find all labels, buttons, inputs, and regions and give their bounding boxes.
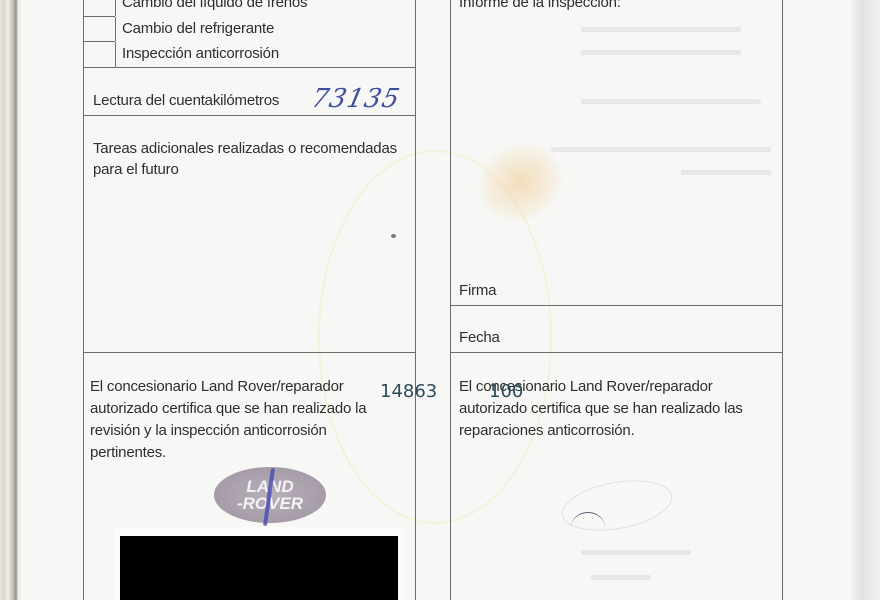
- signature-label: Firma: [459, 280, 496, 301]
- additional-tasks-label-line2: para el futuro: [93, 159, 179, 180]
- page-edge-shadow: [780, 0, 880, 600]
- certification-line4: pertinentes.: [90, 442, 166, 463]
- certification-line1: El concesionario Land Rover/reparador: [90, 376, 344, 397]
- checklist-item-anticorrosion[interactable]: Inspección anticorrosión: [84, 42, 415, 66]
- inspection-report-label: Informe de la inspección:: [459, 0, 621, 13]
- checkbox[interactable]: [84, 42, 115, 66]
- checklist-label: Cambio del líquido de frenos: [122, 0, 307, 13]
- checkbox[interactable]: [84, 17, 115, 41]
- overlay-number-left: 14863: [380, 381, 437, 402]
- faint-signature-arc: [571, 512, 605, 543]
- odometer-handwritten-value: 73135: [309, 84, 403, 114]
- overlay-number-right: 100: [489, 381, 523, 402]
- book-binding: [0, 0, 22, 600]
- checkbox[interactable]: [84, 0, 115, 16]
- certification-line3: revisión y la inspección anticorrosión: [90, 420, 327, 441]
- odometer-label: Lectura del cuentakilómetros: [93, 90, 279, 111]
- additional-tasks-label-line1: Tareas adicionales realizadas o recomend…: [93, 138, 397, 159]
- certification-line2: autorizado certifica que se han realizad…: [90, 398, 366, 419]
- checklist-label: Cambio del refrigerante: [122, 18, 274, 39]
- checklist-item-brake-fluid[interactable]: Cambio del líquido de frenos: [84, 0, 415, 16]
- redacted-block: [120, 536, 398, 600]
- service-record-right: Informe de la inspección: Firma Fecha El…: [450, 0, 783, 600]
- repair-certification-line3: reparaciones anticorrosión.: [459, 420, 635, 441]
- checklist-label: Inspección anticorrosión: [122, 43, 279, 64]
- service-record-left: Cambio del líquido de frenos Cambio del …: [83, 0, 416, 600]
- checklist-item-coolant[interactable]: Cambio del refrigerante: [84, 17, 415, 41]
- date-label[interactable]: Fecha: [459, 327, 500, 348]
